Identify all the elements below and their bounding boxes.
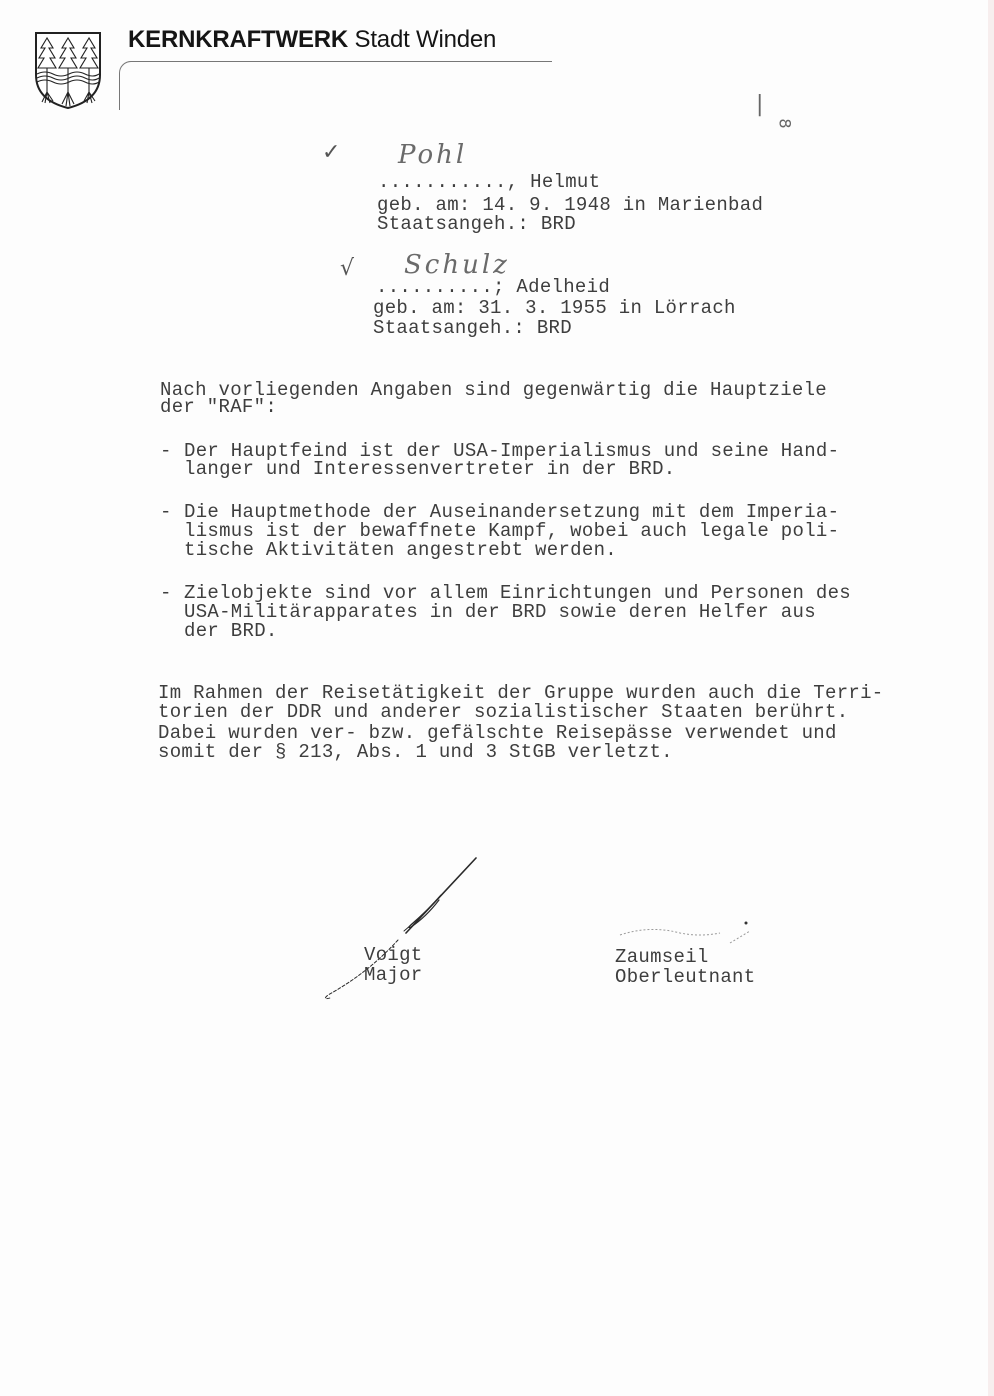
document-page: KERNKRAFTWERK Stadt Winden | 8 ✓ Pohl ..… [0, 0, 994, 1396]
closing-line: somit der § 213, Abs. 1 und 3 StGB verle… [158, 742, 673, 762]
goal-line: der BRD. [184, 621, 278, 641]
signatory-rank: Oberleutnant [615, 967, 755, 987]
person-birth-line: geb. am: 31. 3. 1955 in Lörrach [373, 298, 736, 318]
check-mark-icon: √ [340, 256, 354, 281]
goal-line: lismus ist der bewaffnete Kampf, wobei a… [184, 521, 839, 541]
brand-location: Stadt Winden [355, 26, 497, 53]
goal-line: USA-Militärapparates in der BRD sowie de… [184, 602, 816, 622]
bullet-dash: - [160, 441, 172, 461]
person-name-line: ..........., Helmut [378, 172, 600, 192]
closing-line: Im Rahmen der Reisetätigkeit der Gruppe … [158, 683, 884, 703]
intro-line: der "RAF": [160, 397, 277, 417]
signatory-name: Zaumseil [615, 947, 709, 967]
letterhead-frame [119, 61, 552, 110]
coat-of-arms-icon [33, 30, 103, 110]
goal-line: Die Hauptmethode der Auseinandersetzung … [184, 502, 839, 522]
goal-line: tische Aktivitäten angestrebt werden. [184, 540, 617, 560]
letterhead-title: KERNKRAFTWERK Stadt Winden [128, 26, 496, 54]
margin-glyph: 8 [776, 118, 795, 128]
bullet-dash: - [160, 502, 172, 522]
check-mark-icon: ✓ [322, 140, 340, 165]
signatory-name: Voigt [364, 945, 423, 965]
signatory-rank: Major [364, 965, 423, 985]
margin-stroke: | [756, 92, 763, 117]
goal-line: langer und Interessenvertreter in der BR… [184, 459, 675, 479]
bullet-dash: - [160, 583, 172, 603]
brand-name: KERNKRAFTWERK [128, 26, 348, 53]
person-birth-line: geb. am: 14. 9. 1948 in Marienbad [377, 195, 763, 215]
person-citizenship-line: Staatsangeh.: BRD [377, 214, 576, 234]
closing-line: torien der DDR und anderer sozialistisch… [158, 702, 848, 722]
person-citizenship-line: Staatsangeh.: BRD [373, 318, 572, 338]
goal-line: Zielobjekte sind vor allem Einrichtungen… [184, 583, 851, 603]
person-name-line: ..........; Adelheid [376, 277, 610, 297]
handwritten-surname: Pohl [398, 140, 467, 170]
closing-line: Dabei wurden ver- bzw. gefälschte Reisep… [158, 723, 837, 743]
page-edge [988, 0, 994, 1396]
